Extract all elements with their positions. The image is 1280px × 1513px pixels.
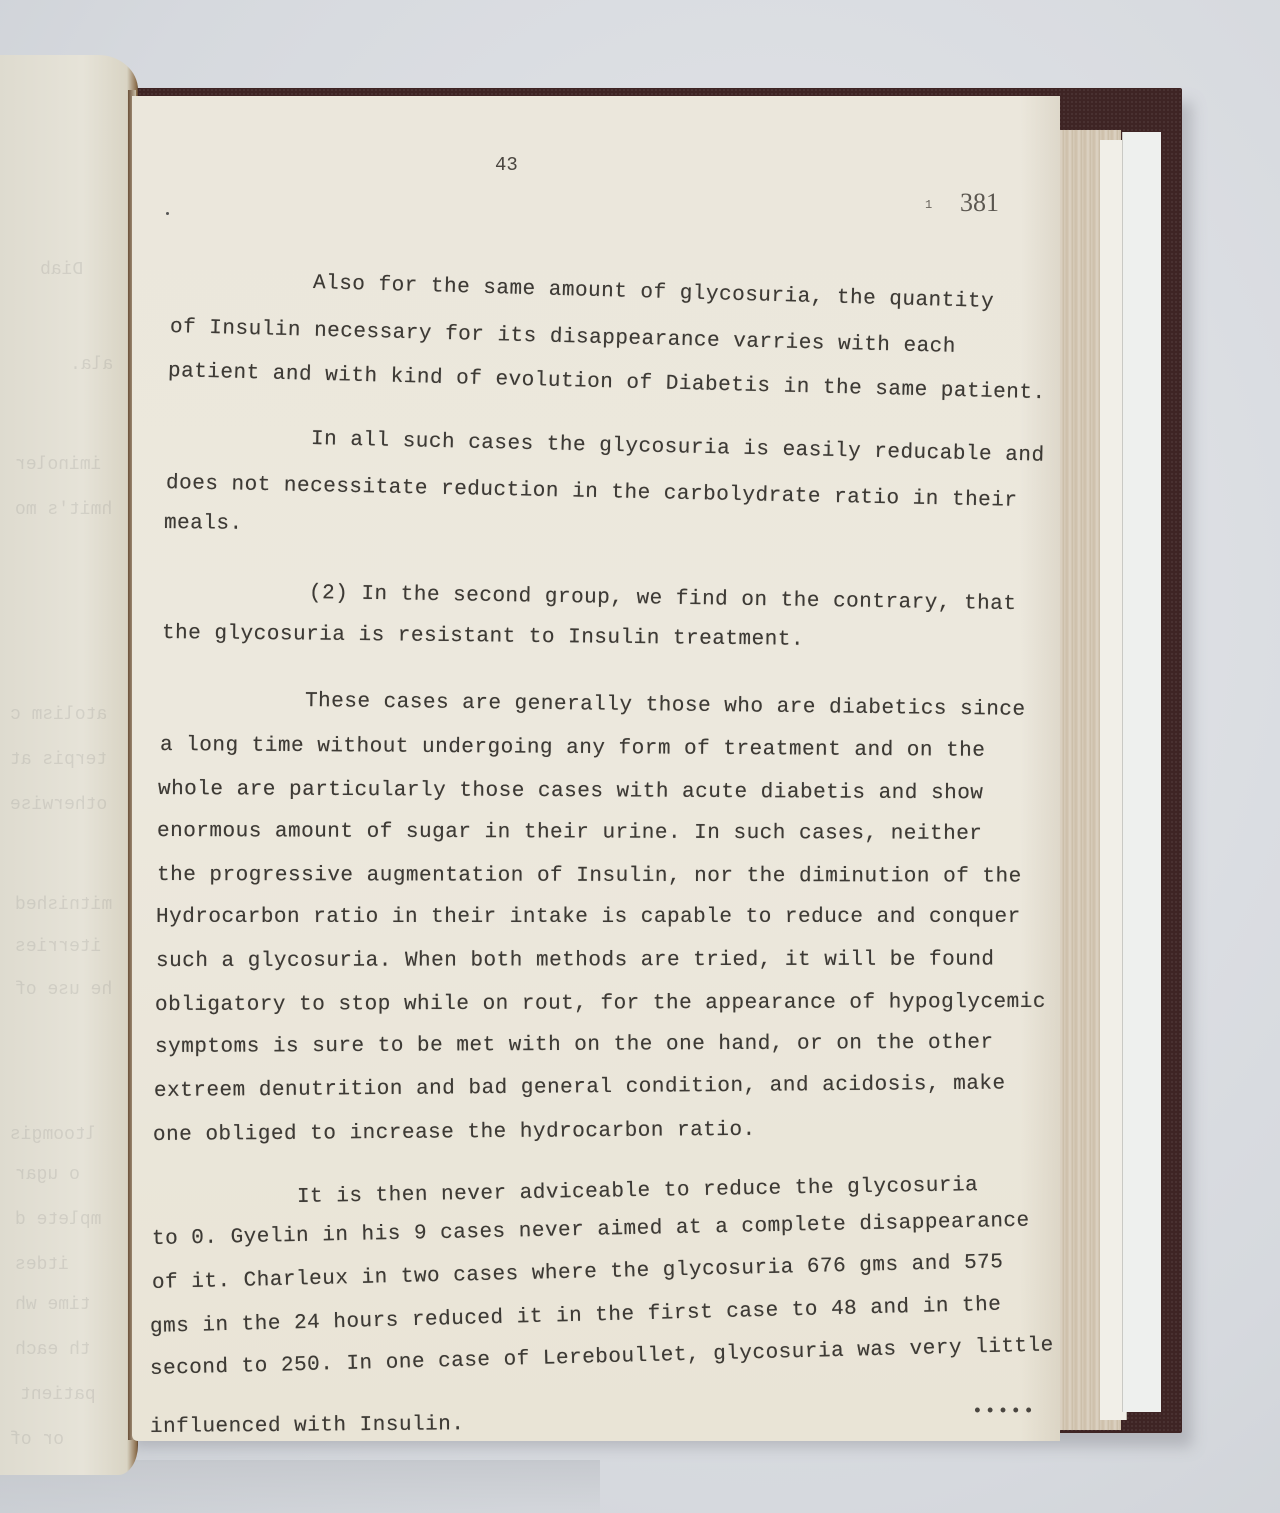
ghost-text: ltoomgis <box>10 1125 96 1145</box>
inserted-sheet-white <box>1122 132 1161 1412</box>
text-line: enormous amount of sugar in their urine.… <box>157 820 983 846</box>
ghost-text: th each <box>15 1340 91 1360</box>
continuation-dots: ••••• <box>972 1402 1036 1422</box>
text-line: Hydrocarbon ratio in their intake is cap… <box>156 906 1021 929</box>
ink-speck <box>166 212 169 215</box>
ghost-text: itdes <box>15 1255 69 1275</box>
ghost-text: iterries <box>15 937 101 957</box>
text-line: whole are particularly those cases with … <box>158 778 984 805</box>
ghost-text: iminoler <box>15 455 101 475</box>
ghost-text: hmit's mo <box>15 500 112 520</box>
ghost-text: atolism c <box>10 705 107 725</box>
text-line: the progressive augmentation of Insulin,… <box>157 864 1022 889</box>
text-line: influenced with Insulin. <box>150 1413 465 1439</box>
ghost-text: ala. <box>70 355 113 375</box>
left-page: Diab ala. iminoler hmit's mo atolism c t… <box>0 55 138 1475</box>
ghost-text: mitnished <box>15 895 112 915</box>
text-line: such a glycosuria. When both methods are… <box>156 949 995 973</box>
ghost-text: mplete d <box>15 1210 101 1230</box>
text-line: symptoms is sure to be met with on the o… <box>155 1032 994 1059</box>
text-line: meals. <box>164 512 243 536</box>
folio-number: 381 <box>960 188 999 218</box>
text-line: obligatory to stop while on rout, for th… <box>155 991 1046 1017</box>
ghost-text: or of <box>10 1430 64 1450</box>
ghost-text: otherwise <box>10 795 107 815</box>
folio-mark: 1 <box>925 198 932 212</box>
ghost-text: he use of <box>15 980 112 1000</box>
ghost-text: terpis at <box>10 750 107 770</box>
ghost-text: o ugar <box>15 1165 80 1185</box>
ghost-text: Diab <box>40 260 83 280</box>
ghost-text: time wh <box>15 1295 91 1315</box>
page-number: 43 <box>495 154 518 176</box>
ghost-text: patient <box>20 1385 96 1405</box>
